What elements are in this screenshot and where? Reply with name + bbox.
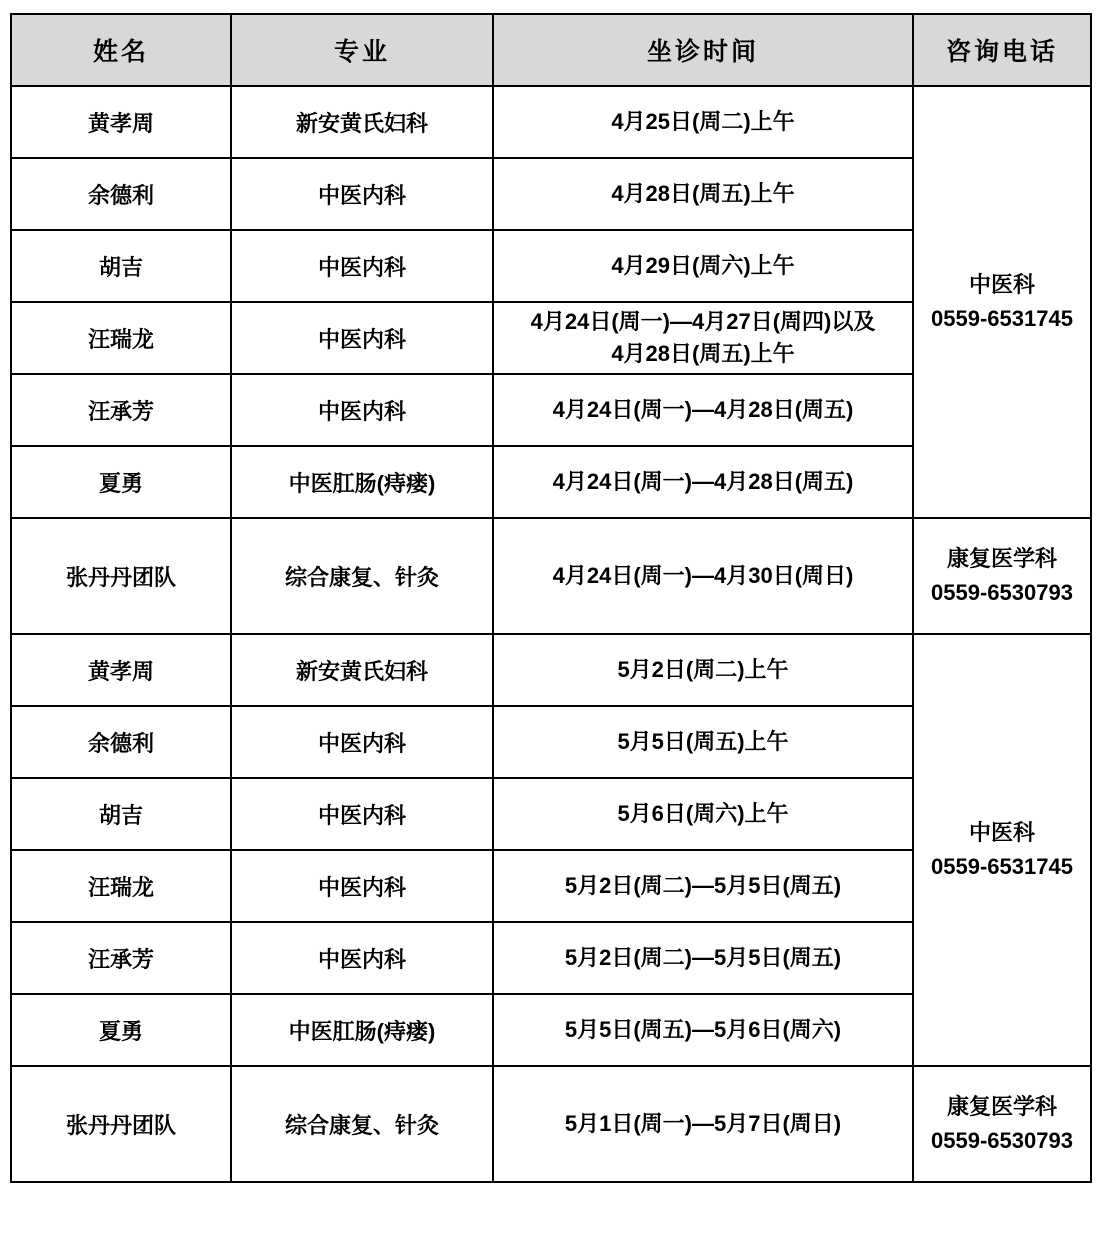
- phone-number: 0559-6531745: [920, 302, 1084, 336]
- doctor-name-cell: 张丹丹团队: [11, 518, 231, 634]
- phone-cell: 康复医学科 0559-6530793: [913, 1066, 1091, 1182]
- specialty-cell: 综合康复、针灸: [231, 518, 493, 634]
- time-cell: 4月25日(周二)上午: [493, 86, 913, 158]
- header-cell-time: 坐诊时间: [493, 14, 913, 86]
- phone-cell: 康复医学科 0559-6530793: [913, 518, 1091, 634]
- header-cell-specialty: 专业: [231, 14, 493, 86]
- phone-cell: 中医科 0559-6531745: [913, 86, 1091, 518]
- department-label: 中医科: [920, 816, 1084, 850]
- specialty-cell: 中医内科: [231, 778, 493, 850]
- doctor-name-cell: 汪瑞龙: [11, 302, 231, 374]
- phone-number: 0559-6530793: [920, 576, 1084, 610]
- header-cell-name: 姓名: [11, 14, 231, 86]
- department-label: 康复医学科: [920, 542, 1084, 576]
- specialty-cell: 中医内科: [231, 922, 493, 994]
- time-cell: 4月24日(周一)—4月28日(周五): [493, 446, 913, 518]
- time-cell: 5月5日(周五)上午: [493, 706, 913, 778]
- department-label: 康复医学科: [920, 1090, 1084, 1124]
- time-cell: 5月5日(周五)—5月6日(周六): [493, 994, 913, 1066]
- header-row: 姓名 专业 坐诊时间 咨询电话: [11, 14, 1091, 86]
- specialty-cell: 中医内科: [231, 706, 493, 778]
- time-cell: 4月24日(周一)—4月27日(周四)以及 4月28日(周五)上午: [493, 302, 913, 374]
- time-cell: 4月24日(周一)—4月30日(周日): [493, 518, 913, 634]
- header-cell-phone: 咨询电话: [913, 14, 1091, 86]
- doctor-name-cell: 汪承芳: [11, 922, 231, 994]
- schedule-table: 姓名 专业 坐诊时间 咨询电话 黄孝周 新安黄氏妇科 4月25日(周二)上午 中…: [10, 13, 1092, 1183]
- specialty-cell: 新安黄氏妇科: [231, 634, 493, 706]
- page: 姓名 专业 坐诊时间 咨询电话 黄孝周 新安黄氏妇科 4月25日(周二)上午 中…: [0, 0, 1100, 1183]
- time-cell: 5月2日(周二)—5月5日(周五): [493, 850, 913, 922]
- specialty-cell: 综合康复、针灸: [231, 1066, 493, 1182]
- table-row: 黄孝周 新安黄氏妇科 4月25日(周二)上午 中医科 0559-6531745: [11, 86, 1091, 158]
- specialty-cell: 新安黄氏妇科: [231, 86, 493, 158]
- specialty-cell: 中医内科: [231, 230, 493, 302]
- time-cell: 5月6日(周六)上午: [493, 778, 913, 850]
- time-cell: 4月24日(周一)—4月28日(周五): [493, 374, 913, 446]
- phone-number: 0559-6531745: [920, 850, 1084, 884]
- specialty-cell: 中医内科: [231, 302, 493, 374]
- doctor-name-cell: 黄孝周: [11, 86, 231, 158]
- phone-cell: 中医科 0559-6531745: [913, 634, 1091, 1066]
- time-cell: 5月2日(周二)—5月5日(周五): [493, 922, 913, 994]
- specialty-cell: 中医内科: [231, 158, 493, 230]
- specialty-cell: 中医内科: [231, 850, 493, 922]
- doctor-name-cell: 黄孝周: [11, 634, 231, 706]
- time-cell: 4月29日(周六)上午: [493, 230, 913, 302]
- specialty-cell: 中医内科: [231, 374, 493, 446]
- phone-number: 0559-6530793: [920, 1124, 1084, 1158]
- department-label: 中医科: [920, 268, 1084, 302]
- doctor-name-cell: 胡吉: [11, 230, 231, 302]
- doctor-name-cell: 余德利: [11, 706, 231, 778]
- specialty-cell: 中医肛肠(痔瘘): [231, 994, 493, 1066]
- table-row: 张丹丹团队 综合康复、针灸 4月24日(周一)—4月30日(周日) 康复医学科 …: [11, 518, 1091, 634]
- doctor-name-cell: 夏勇: [11, 446, 231, 518]
- time-cell: 4月28日(周五)上午: [493, 158, 913, 230]
- specialty-cell: 中医肛肠(痔瘘): [231, 446, 493, 518]
- table-row: 张丹丹团队 综合康复、针灸 5月1日(周一)—5月7日(周日) 康复医学科 05…: [11, 1066, 1091, 1182]
- time-cell: 5月1日(周一)—5月7日(周日): [493, 1066, 913, 1182]
- table-row: 黄孝周 新安黄氏妇科 5月2日(周二)上午 中医科 0559-6531745: [11, 634, 1091, 706]
- doctor-name-cell: 夏勇: [11, 994, 231, 1066]
- doctor-name-cell: 余德利: [11, 158, 231, 230]
- doctor-name-cell: 张丹丹团队: [11, 1066, 231, 1182]
- time-cell: 5月2日(周二)上午: [493, 634, 913, 706]
- doctor-name-cell: 汪瑞龙: [11, 850, 231, 922]
- doctor-name-cell: 汪承芳: [11, 374, 231, 446]
- doctor-name-cell: 胡吉: [11, 778, 231, 850]
